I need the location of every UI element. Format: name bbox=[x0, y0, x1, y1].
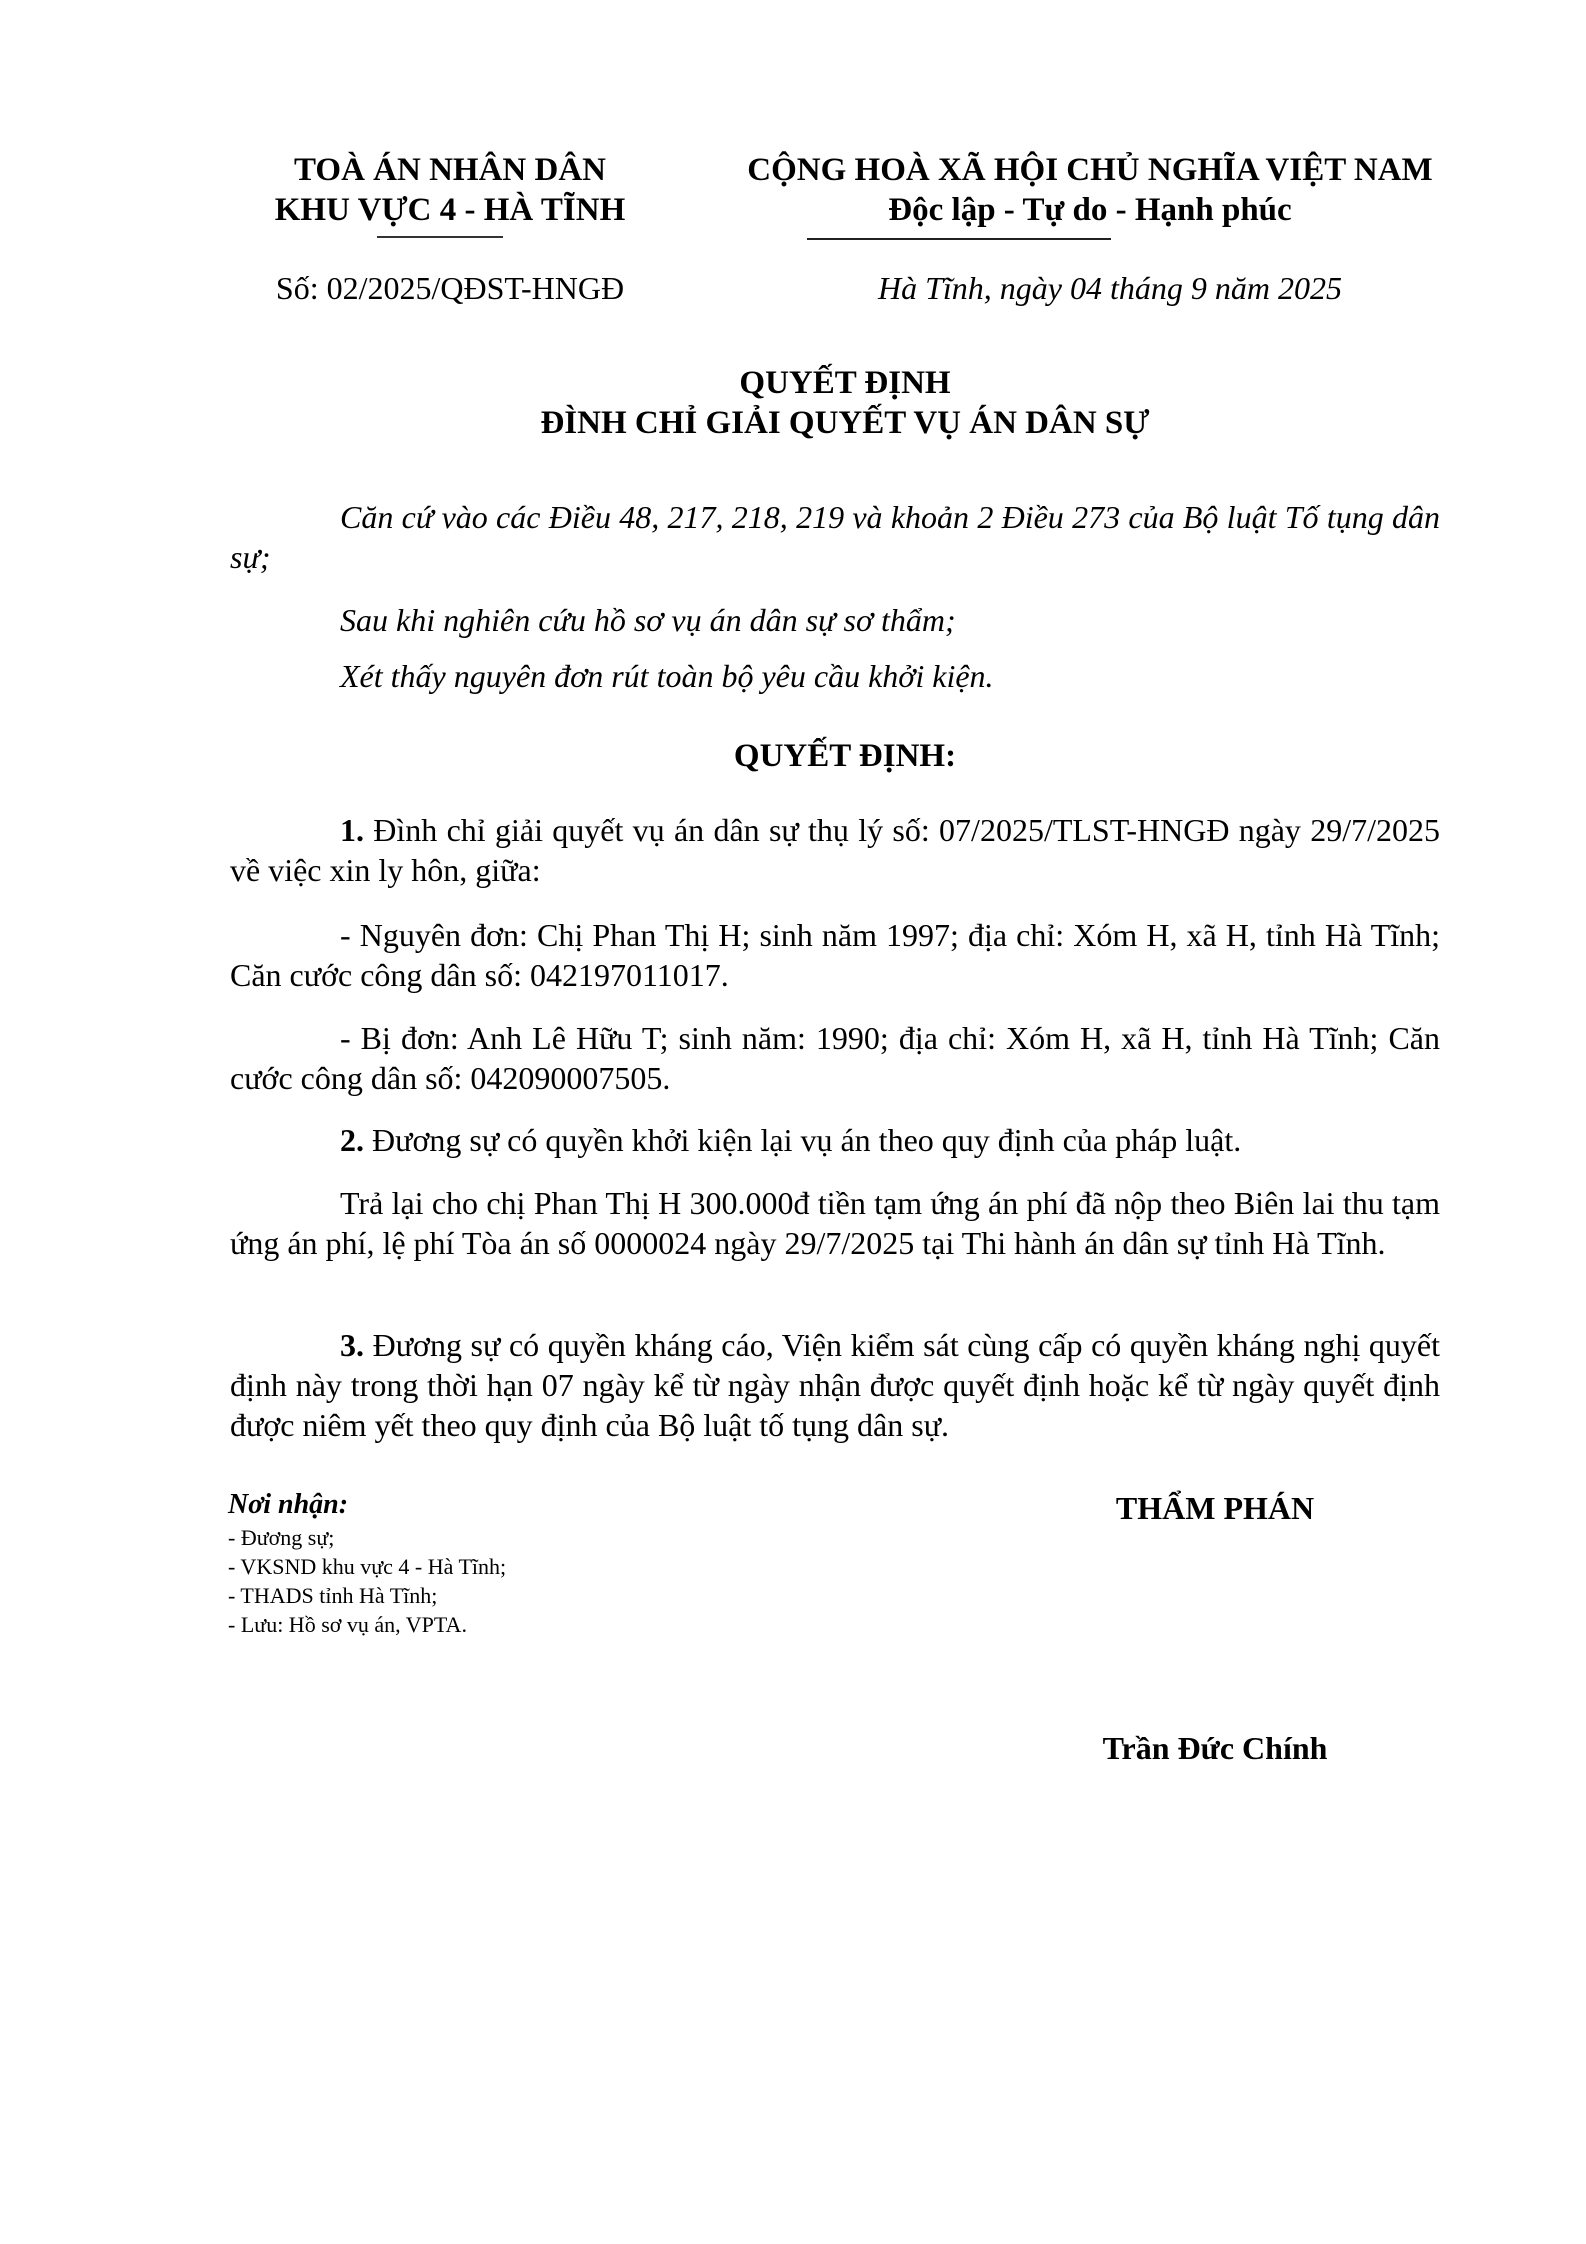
item-number: 2. bbox=[340, 1122, 364, 1158]
fee-refund: Trả lại cho chị Phan Thị H 300.000đ tiền… bbox=[230, 1183, 1440, 1263]
defendant-text: - Bị đơn: Anh Lê Hữu T; sinh năm: 1990; … bbox=[230, 1020, 1440, 1096]
court-name-line2: KHU VỰC 4 - HÀ TĨNH bbox=[200, 190, 700, 230]
decision-item-2: 2. Đương sự có quyền khởi kiện lại vụ án… bbox=[230, 1120, 1440, 1160]
national-heading: CỘNG HOÀ XÃ HỘI CHỦ NGHĨA VIỆT NAM Độc l… bbox=[700, 150, 1480, 230]
decision-item-1: 1. Đình chỉ giải quyết vụ án dân sự thụ … bbox=[230, 810, 1440, 890]
item-number: 1. bbox=[340, 812, 364, 848]
national-motto: Độc lập - Tự do - Hạnh phúc bbox=[700, 190, 1480, 230]
recipients-list: Nơi nhận: - Đương sự; - VKSND khu vực 4 … bbox=[228, 1487, 728, 1639]
plaintiff-info: - Nguyên đơn: Chị Phan Thị H; sinh năm 1… bbox=[230, 915, 1440, 995]
preamble-text: Căn cứ vào các Điều 48, 217, 218, 219 và… bbox=[230, 499, 1440, 575]
signer-title: THẨM PHÁN bbox=[1000, 1490, 1430, 1527]
item-number: 3. bbox=[340, 1327, 364, 1363]
decision-item-3: 3. Đương sự có quyền kháng cáo, Viện kiể… bbox=[230, 1325, 1440, 1445]
issuing-court: TOÀ ÁN NHÂN DÂN KHU VỰC 4 - HÀ TĨNH bbox=[200, 150, 700, 230]
title-line1: QUYẾT ĐỊNH bbox=[220, 363, 1470, 403]
nation-name: CỘNG HOÀ XÃ HỘI CHỦ NGHĨA VIỆT NAM bbox=[700, 150, 1480, 190]
document-title: QUYẾT ĐỊNH ĐÌNH CHỈ GIẢI QUYẾT VỤ ÁN DÂN… bbox=[220, 363, 1470, 443]
recipients-heading: Nơi nhận: bbox=[228, 1487, 728, 1523]
recipient-item: - Đương sự; bbox=[228, 1523, 728, 1552]
preamble-finding: Xét thấy nguyên đơn rút toàn bộ yêu cầu … bbox=[230, 656, 1440, 696]
preamble-review: Sau khi nghiên cứu hồ sơ vụ án dân sự sơ… bbox=[230, 600, 1440, 640]
preamble-legal-basis: Căn cứ vào các Điều 48, 217, 218, 219 và… bbox=[230, 497, 1440, 577]
title-line2: ĐÌNH CHỈ GIẢI QUYẾT VỤ ÁN DÂN SỰ bbox=[220, 403, 1470, 443]
recipient-item: - VKSND khu vực 4 - Hà Tĩnh; bbox=[228, 1552, 728, 1581]
decision-heading: QUYẾT ĐỊNH: bbox=[220, 738, 1470, 775]
item-text: Đương sự có quyền khởi kiện lại vụ án th… bbox=[372, 1122, 1241, 1158]
signer-name: Trần Đức Chính bbox=[1000, 1730, 1430, 1767]
plaintiff-text: - Nguyên đơn: Chị Phan Thị H; sinh năm 1… bbox=[230, 917, 1440, 993]
place-and-date: Hà Tĩnh, ngày 04 tháng 9 năm 2025 bbox=[700, 270, 1480, 307]
refund-text: Trả lại cho chị Phan Thị H 300.000đ tiền… bbox=[230, 1185, 1440, 1261]
court-name-line1: TOÀ ÁN NHÂN DÂN bbox=[200, 150, 700, 190]
item-text: Đình chỉ giải quyết vụ án dân sự thụ lý … bbox=[230, 812, 1440, 888]
recipient-item: - THADS tỉnh Hà Tĩnh; bbox=[228, 1581, 728, 1610]
defendant-info: - Bị đơn: Anh Lê Hữu T; sinh năm: 1990; … bbox=[230, 1018, 1440, 1098]
document-number: Số: 02/2025/QĐST-HNGĐ bbox=[200, 270, 700, 307]
item-text: Đương sự có quyền kháng cáo, Viện kiểm s… bbox=[230, 1327, 1440, 1443]
court-underline-divider bbox=[377, 236, 503, 238]
preamble-text: Sau khi nghiên cứu hồ sơ vụ án dân sự sơ… bbox=[340, 602, 956, 638]
preamble-text: Xét thấy nguyên đơn rút toàn bộ yêu cầu … bbox=[340, 658, 994, 694]
motto-underline-divider bbox=[807, 238, 1111, 240]
recipient-item: - Lưu: Hồ sơ vụ án, VPTA. bbox=[228, 1610, 728, 1639]
